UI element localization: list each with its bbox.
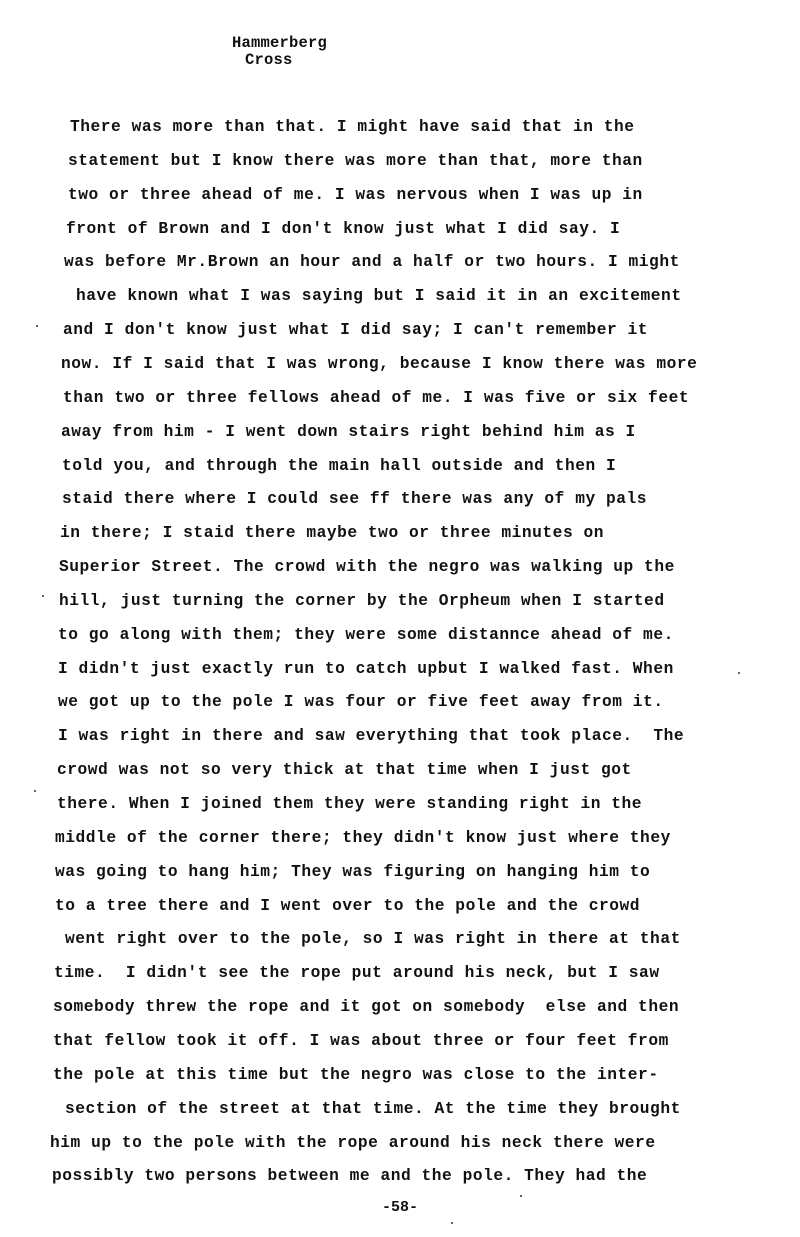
text-line: I didn't just exactly run to catch upbut…: [58, 659, 674, 679]
text-line: there. When I joined them they were stan…: [57, 794, 642, 814]
examination-type: Cross: [232, 52, 327, 69]
text-line: time. I didn't see the rope put around h…: [54, 963, 660, 983]
text-line: possibly two persons between me and the …: [52, 1166, 647, 1186]
text-line: I was right in there and saw everything …: [58, 726, 684, 746]
text-line: crowd was not so very thick at that time…: [57, 760, 632, 780]
text-line: statement but I know there was more than…: [68, 151, 643, 171]
text-line: to a tree there and I went over to the p…: [55, 896, 640, 916]
text-line: away from him - I went down stairs right…: [61, 422, 636, 442]
page-header: Hammerberg Cross: [232, 35, 327, 69]
page-number: -58-: [0, 1199, 800, 1216]
text-line: we got up to the pole I was four or five…: [58, 692, 664, 712]
scan-speck: [451, 1222, 453, 1224]
text-line: have known what I was saying but I said …: [76, 286, 682, 306]
scan-speck: [738, 672, 740, 674]
text-line: told you, and through the main hall outs…: [62, 456, 616, 476]
text-line: in there; I staid there maybe two or thr…: [60, 523, 604, 543]
typed-transcript-page: Hammerberg Cross There was more than tha…: [0, 0, 800, 1237]
text-line: went right over to the pole, so I was ri…: [65, 929, 681, 949]
scan-speck: [42, 595, 44, 597]
text-line: somebody threw the rope and it got on so…: [53, 997, 679, 1017]
text-line: was before Mr.Brown an hour and a half o…: [64, 252, 680, 272]
text-line: that fellow took it off. I was about thr…: [53, 1031, 669, 1051]
text-line: to go along with them; they were some di…: [58, 625, 674, 645]
text-line: There was more than that. I might have s…: [70, 117, 635, 137]
scan-speck: [520, 1195, 522, 1197]
text-line: now. If I said that I was wrong, because…: [61, 354, 697, 374]
text-line: him up to the pole with the rope around …: [50, 1133, 656, 1153]
text-line: staid there where I could see ff there w…: [62, 489, 647, 509]
text-line: Superior Street. The crowd with the negr…: [59, 557, 675, 577]
witness-name: Hammerberg: [232, 34, 327, 52]
text-line: hill, just turning the corner by the Orp…: [59, 591, 665, 611]
text-line: than two or three fellows ahead of me. I…: [63, 388, 689, 408]
scan-speck: [36, 325, 38, 327]
scan-speck: [34, 790, 36, 792]
text-line: two or three ahead of me. I was nervous …: [68, 185, 643, 205]
text-line: the pole at this time but the negro was …: [53, 1065, 659, 1085]
text-line: and I don't know just what I did say; I …: [63, 320, 648, 340]
text-line: section of the street at that time. At t…: [65, 1099, 681, 1119]
text-line: middle of the corner there; they didn't …: [55, 828, 671, 848]
text-line: front of Brown and I don't know just wha…: [66, 219, 620, 239]
text-line: was going to hang him; They was figuring…: [55, 862, 650, 882]
